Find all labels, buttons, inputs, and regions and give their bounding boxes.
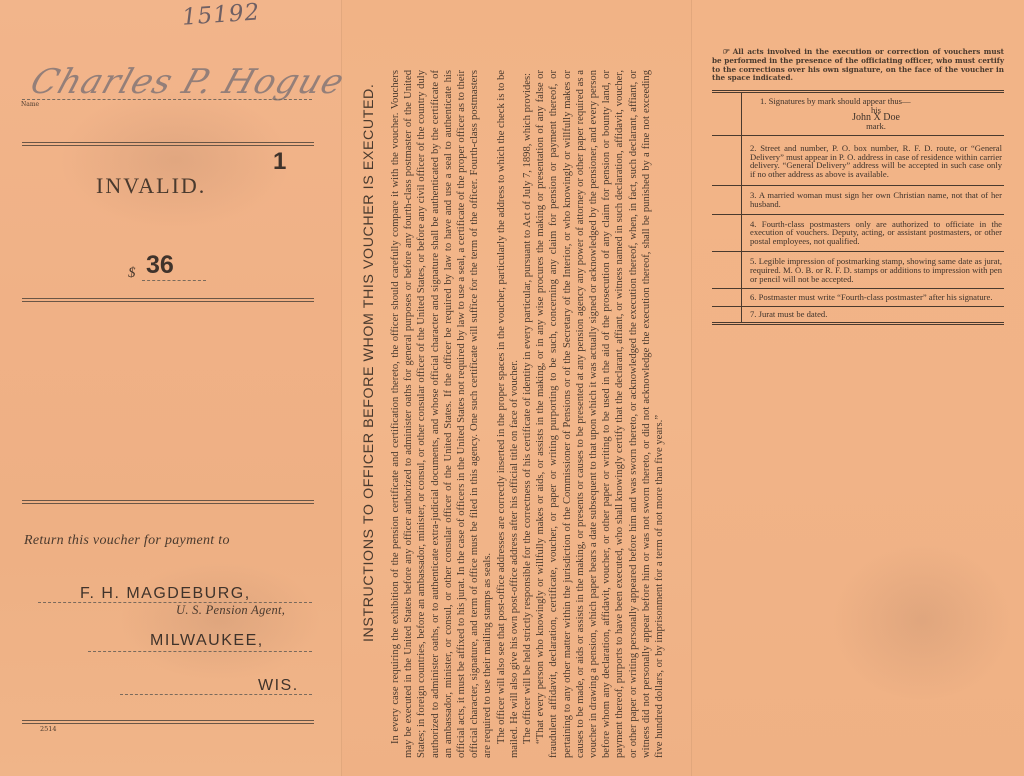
agency-city: MILWAUKEE,: [150, 632, 264, 650]
rule-row: 3. A married woman must sign her own Chr…: [712, 186, 1004, 215]
pension-class: INVALID.: [96, 173, 206, 199]
rule-text: Street and number, P. O. box number, R. …: [750, 143, 1002, 179]
agent-name: F. H. MAGDEBURG,: [80, 585, 251, 603]
rule-number: 7.: [750, 309, 756, 319]
rule-text: Legible impression of postmarking stamp,…: [750, 256, 1002, 284]
divider-rule: [22, 500, 314, 504]
rules-table: 1. Signatures by mark should appear thus…: [712, 90, 1004, 325]
rule-margin: [712, 93, 742, 135]
rule-text: A married woman must sign her own Christ…: [750, 190, 1002, 209]
name-line: [22, 99, 312, 100]
pension-amount: 36: [146, 251, 174, 280]
signature-mark-example: his John X Doe mark.: [750, 106, 1002, 130]
class-number: 1: [273, 148, 286, 176]
rule-row: 4. Fourth-class postmasters only are aut…: [712, 215, 1004, 252]
city-line: [88, 651, 312, 652]
rule-number: 1.: [760, 96, 766, 106]
rule-text: Postmaster must write “Fourth-class post…: [759, 292, 993, 302]
rule-row: 5. Legible impression of postmarking sta…: [712, 252, 1004, 289]
name-label: Name: [21, 101, 39, 108]
instructions-rotated-block: INSTRUCTIONS TO OFFICER BEFORE WHOM THIS…: [357, 46, 681, 766]
instructions-paragraph: In every case requiring the exhibition o…: [389, 70, 495, 758]
rule-row: 7. Jurat must be dated.: [712, 307, 1004, 322]
pensioner-name: Charles P. Hogue: [26, 62, 350, 102]
state-line: [120, 694, 312, 695]
return-instruction: Return this voucher for payment to: [24, 533, 230, 549]
paper-stain: [832, 540, 1012, 700]
paper-stain: [60, 90, 290, 230]
instructions-body: In every case requiring the exhibition o…: [389, 70, 666, 758]
voucher-front-panel: [0, 0, 342, 776]
instructions-paragraph: The officer will be held strictly respon…: [521, 70, 534, 758]
rule-text: Signatures by mark should appear thus—: [769, 96, 911, 106]
rule-text: Jurat must be dated.: [759, 309, 828, 319]
rule-row: 1. Signatures by mark should appear thus…: [712, 93, 1004, 136]
divider-rule: [22, 720, 314, 724]
divider-rule: [22, 298, 314, 302]
rule-text: Fourth-class postmasters only are author…: [750, 219, 1002, 247]
act-quotation: “That every person who knowingly or will…: [534, 70, 666, 758]
rule-number: 6.: [750, 292, 756, 302]
rule-row: 2. Street and number, P. O. box number, …: [712, 136, 1004, 186]
amount-line: [142, 280, 206, 281]
rule-row: 6. Postmaster must write “Fourth-class p…: [712, 289, 1004, 307]
form-number: 2514: [40, 725, 57, 733]
execution-note: ☞ All acts involved in the execution or …: [712, 47, 1004, 83]
file-number: 15192: [181, 0, 261, 31]
divider-rule: [22, 142, 314, 146]
execution-note-text: All acts involved in the execution or co…: [712, 47, 1004, 82]
paper-stain: [120, 560, 320, 680]
currency-symbol: $: [128, 265, 136, 282]
pointing-hand-icon: ☞: [722, 46, 729, 56]
instructions-heading: INSTRUCTIONS TO OFFICER BEFORE WHOM THIS…: [361, 46, 389, 642]
agency-state: WIS.: [258, 677, 299, 695]
agent-title: U. S. Pension Agent,: [176, 603, 285, 618]
instructions-paragraph: The officer will also see that post-offi…: [495, 70, 521, 758]
